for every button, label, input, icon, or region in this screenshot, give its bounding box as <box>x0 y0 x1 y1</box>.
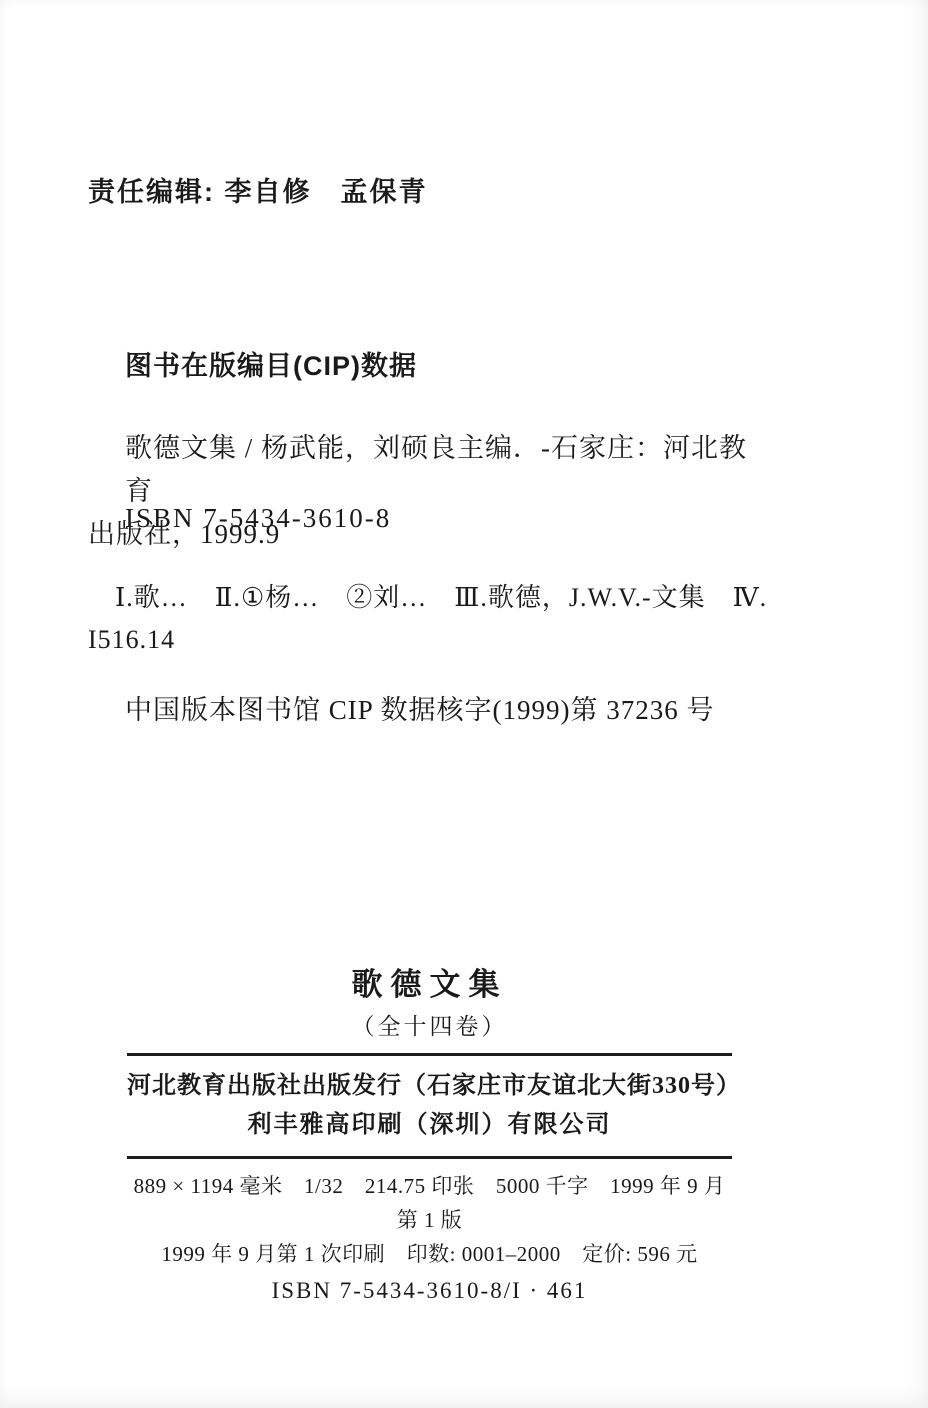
cip-classification-line-2: I516.14 <box>88 619 788 661</box>
cip-data-heading: 图书在版编目(CIP)数据 <box>125 344 417 383</box>
cip-classification: Ⅰ.歌… Ⅱ.①杨… ②刘… Ⅲ.歌德，J.W.V.-文集 Ⅳ. I516.14 <box>88 577 788 661</box>
print-run-price-line: 1999 年 9 月第 1 次印刷 印数: 0001–2000 定价: 596 … <box>127 1237 732 1271</box>
cip-entry: 歌德文集 / 杨武能，刘硕良主编．-石家庄：河北教育 出版社，1999.9 <box>88 427 768 556</box>
book-copyright-page: 责任编辑: 李自修 孟保青 图书在版编目(CIP)数据 歌德文集 / 杨武能，刘… <box>0 0 928 1408</box>
cip-classification-line-1: Ⅰ.歌… Ⅱ.①杨… ②刘… Ⅲ.歌德，J.W.V.-文集 Ⅳ. <box>88 577 788 619</box>
book-title: 歌德文集 <box>127 965 732 1005</box>
responsible-editor-line: 责任编辑: 李自修 孟保青 <box>88 170 428 209</box>
imprint-block: 歌德文集 （全十四卷） 河北教育出版社出版发行（石家庄市友谊北大街330号） 利… <box>127 965 732 1309</box>
book-subtitle-volumes: （全十四卷） <box>127 1009 732 1045</box>
publisher-line: 河北教育出版社出版发行（石家庄市友谊北大街330号） <box>127 1066 732 1106</box>
printer-line: 利丰雅高印刷（深圳）有限公司 <box>127 1106 732 1144</box>
format-spec-line: 889 × 1194 毫米 1/32 214.75 印张 5000 千字 199… <box>127 1169 732 1237</box>
publisher-block: 河北教育出版社出版发行（石家庄市友谊北大街330号） 利丰雅高印刷（深圳）有限公… <box>127 1056 732 1156</box>
cip-registration-number: 中国版本图书馆 CIP 数据核字(1999)第 37236 号 <box>125 688 715 727</box>
print-spec-block: 889 × 1194 毫米 1/32 214.75 印张 5000 千字 199… <box>127 1159 732 1309</box>
isbn-bottom-line: ISBN 7-5434-3610-8/I · 461 <box>127 1273 732 1309</box>
cip-isbn: ISBN 7-5434-3610-8 <box>125 503 391 534</box>
cip-entry-line-1: 歌德文集 / 杨武能，刘硕良主编．-石家庄：河北教育 <box>88 427 768 513</box>
